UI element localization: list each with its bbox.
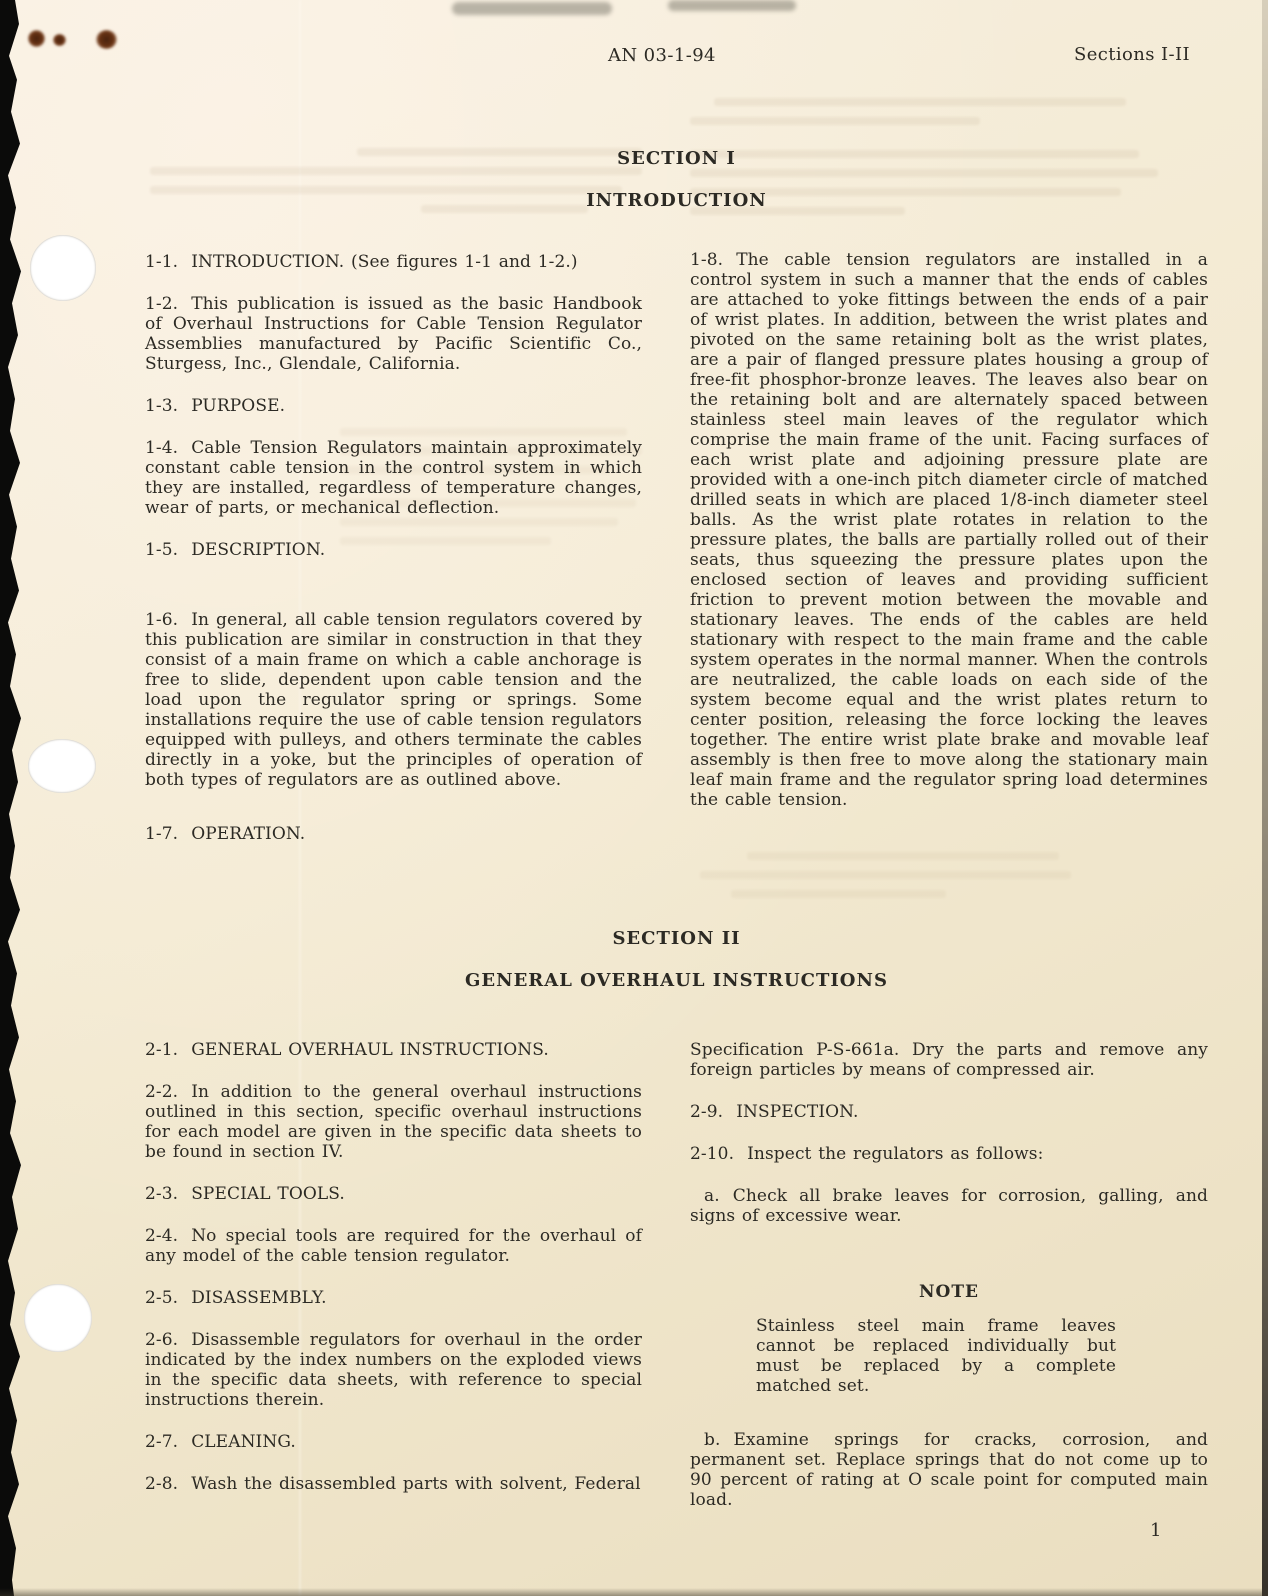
paragraph-text: OPERATION. [191,824,305,844]
list-item-a: a.Check all brake leaves for corrosion, … [690,1186,1208,1226]
paragraph: 1-3.PURPOSE. [145,396,642,416]
paragraph: 1-4.Cable Tension Regulators maintain ap… [145,438,642,518]
paragraph: 2-10.Inspect the regulators as follows: [690,1144,1208,1164]
punch-hole [24,1284,92,1352]
ink-blot [96,30,117,49]
paragraph-text: This publication is issued as the basic … [145,294,642,374]
paragraph: 1-5.DESCRIPTION. [145,540,642,560]
paragraph-number: 1-8. [690,250,723,270]
paragraph: 2-9.INSPECTION. [690,1102,1208,1122]
item-letter: b. [704,1430,721,1450]
paragraph: 1-7.OPERATION. [145,824,642,844]
paragraph-number: 1-1. [145,252,178,272]
paragraph: 2-2.In addition to the general overhaul … [145,1082,642,1162]
section1-subtitle: INTRODUCTION [145,190,1208,211]
section2-subtitle: GENERAL OVERHAUL INSTRUCTIONS [145,970,1208,991]
paragraph-text: DESCRIPTION. [191,540,325,560]
paragraph-number: 1-4. [145,438,178,458]
paragraph: 2-1.GENERAL OVERHAUL INSTRUCTIONS. [145,1040,642,1060]
punch-hole [28,739,96,793]
section1-left-column: 1-1.INTRODUCTION. (See figures 1-1 and 1… [145,252,642,866]
paragraph-text: DISASSEMBLY. [191,1288,326,1308]
section2-title: SECTION II [145,928,1208,949]
paragraph-text: CLEANING. [191,1432,296,1452]
paragraph: 2-7.CLEANING. [145,1432,642,1452]
punch-hole [30,235,96,301]
section2-left-column: 2-1.GENERAL OVERHAUL INSTRUCTIONS. 2-2.I… [145,1040,642,1516]
paragraph-number: 1-5. [145,540,178,560]
paragraph-number: 1-6. [145,610,178,630]
paragraph-number: 2-10. [690,1144,734,1164]
section2-right-column: Specification P-S-661a. Dry the parts an… [690,1040,1208,1532]
paragraph-text: In addition to the general overhaul inst… [145,1082,642,1162]
paragraph-number: 2-3. [145,1184,178,1204]
paragraph-text: No special tools are required for the ov… [145,1226,642,1266]
paragraph-text: In general, all cable tension regulators… [145,610,642,790]
paragraph-number: 1-7. [145,824,178,844]
paragraph-number: 2-6. [145,1330,178,1350]
paragraph-number: 2-7. [145,1432,178,1452]
paragraph-number: 2-9. [690,1102,723,1122]
paragraph-text: PURPOSE. [191,396,285,416]
scan-smudge [452,2,612,15]
paragraph-text: Wash the disassembled parts with solvent… [191,1474,641,1494]
paragraph-number: 2-2. [145,1082,178,1102]
page-edge-shadow [1262,0,1268,1596]
paragraph: 2-5.DISASSEMBLY. [145,1288,642,1308]
list-item-b: b.Examine springs for cracks, corrosion,… [690,1430,1208,1510]
paragraph: 1-8.The cable tension regulators are ins… [690,250,1208,810]
paragraph-text: GENERAL OVERHAUL INSTRUCTIONS. [191,1040,549,1060]
note-text: Stainless steel main frame leaves cannot… [756,1316,1116,1396]
paragraph-text: Check all brake leaves for corrosion, ga… [690,1186,1208,1226]
note-label: NOTE [690,1282,1208,1302]
page-edge-shadow [0,1588,1268,1596]
paragraph-text: The cable tension regulators are install… [690,250,1208,810]
item-letter: a. [704,1186,720,1206]
ink-blot [28,30,45,47]
paragraph: 1-1.INTRODUCTION. (See figures 1-1 and 1… [145,252,642,272]
paragraph-text: Disassemble regulators for overhaul in t… [145,1330,642,1410]
paragraph: 2-8.Wash the disassembled parts with sol… [145,1474,642,1494]
paragraph: 1-6.In general, all cable tension regula… [145,610,642,790]
paragraph-text: INTRODUCTION. (See figures 1-1 and 1-2.) [191,252,577,272]
paragraph-number: 1-2. [145,294,178,314]
paragraph-number: 1-3. [145,396,178,416]
paragraph-number: 2-8. [145,1474,178,1494]
paragraph-number: 2-4. [145,1226,178,1246]
paragraph: 1-2.This publication is issued as the ba… [145,294,642,374]
paragraph: 2-6.Disassemble regulators for overhaul … [145,1330,642,1410]
page-number: 1 [1150,1520,1161,1541]
header-sections-label: Sections I-II [1074,44,1190,65]
section1-right-column: 1-8.The cable tension regulators are ins… [690,250,1208,832]
section1-title: SECTION I [145,148,1208,169]
doc-number: AN 03-1-94 [608,45,716,66]
paragraph-number: 2-1. [145,1040,178,1060]
paragraph-continuation: Specification P-S-661a. Dry the parts an… [690,1040,1208,1080]
paragraph-text: SPECIAL TOOLS. [191,1184,345,1204]
binding-edge [0,0,24,1596]
bleedthrough-patch [700,852,1090,909]
scan-smudge [668,0,796,11]
paragraph: 2-3.SPECIAL TOOLS. [145,1184,642,1204]
paragraph-text: Inspect the regulators as follows: [747,1144,1043,1164]
paragraph-text: Examine springs for cracks, corrosion, a… [690,1430,1208,1510]
ink-blot [53,34,66,46]
document-page: AN 03-1-94 Sections I-II SECTION I INTRO… [0,0,1268,1596]
paragraph-text: Specification P-S-661a. Dry the parts an… [690,1040,1208,1080]
paragraph-number: 2-5. [145,1288,178,1308]
paragraph-text: Cable Tension Regulators maintain approx… [145,438,642,518]
paragraph: 2-4.No special tools are required for th… [145,1226,642,1266]
paragraph-text: INSPECTION. [736,1102,858,1122]
